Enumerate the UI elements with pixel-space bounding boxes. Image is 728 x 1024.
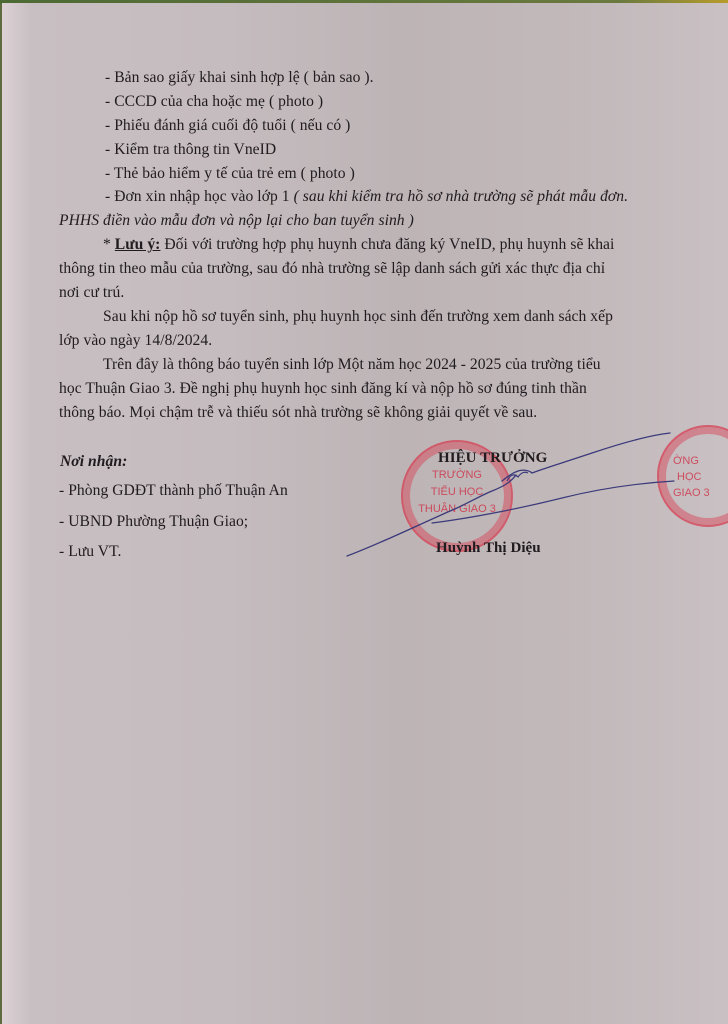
document-page: - Bản sao giấy khai sinh hợp lệ ( bản sa… xyxy=(2,3,728,1024)
handwritten-signature-icon xyxy=(2,3,728,1024)
signer-name: Huỳnh Thị Diệu xyxy=(436,540,541,557)
